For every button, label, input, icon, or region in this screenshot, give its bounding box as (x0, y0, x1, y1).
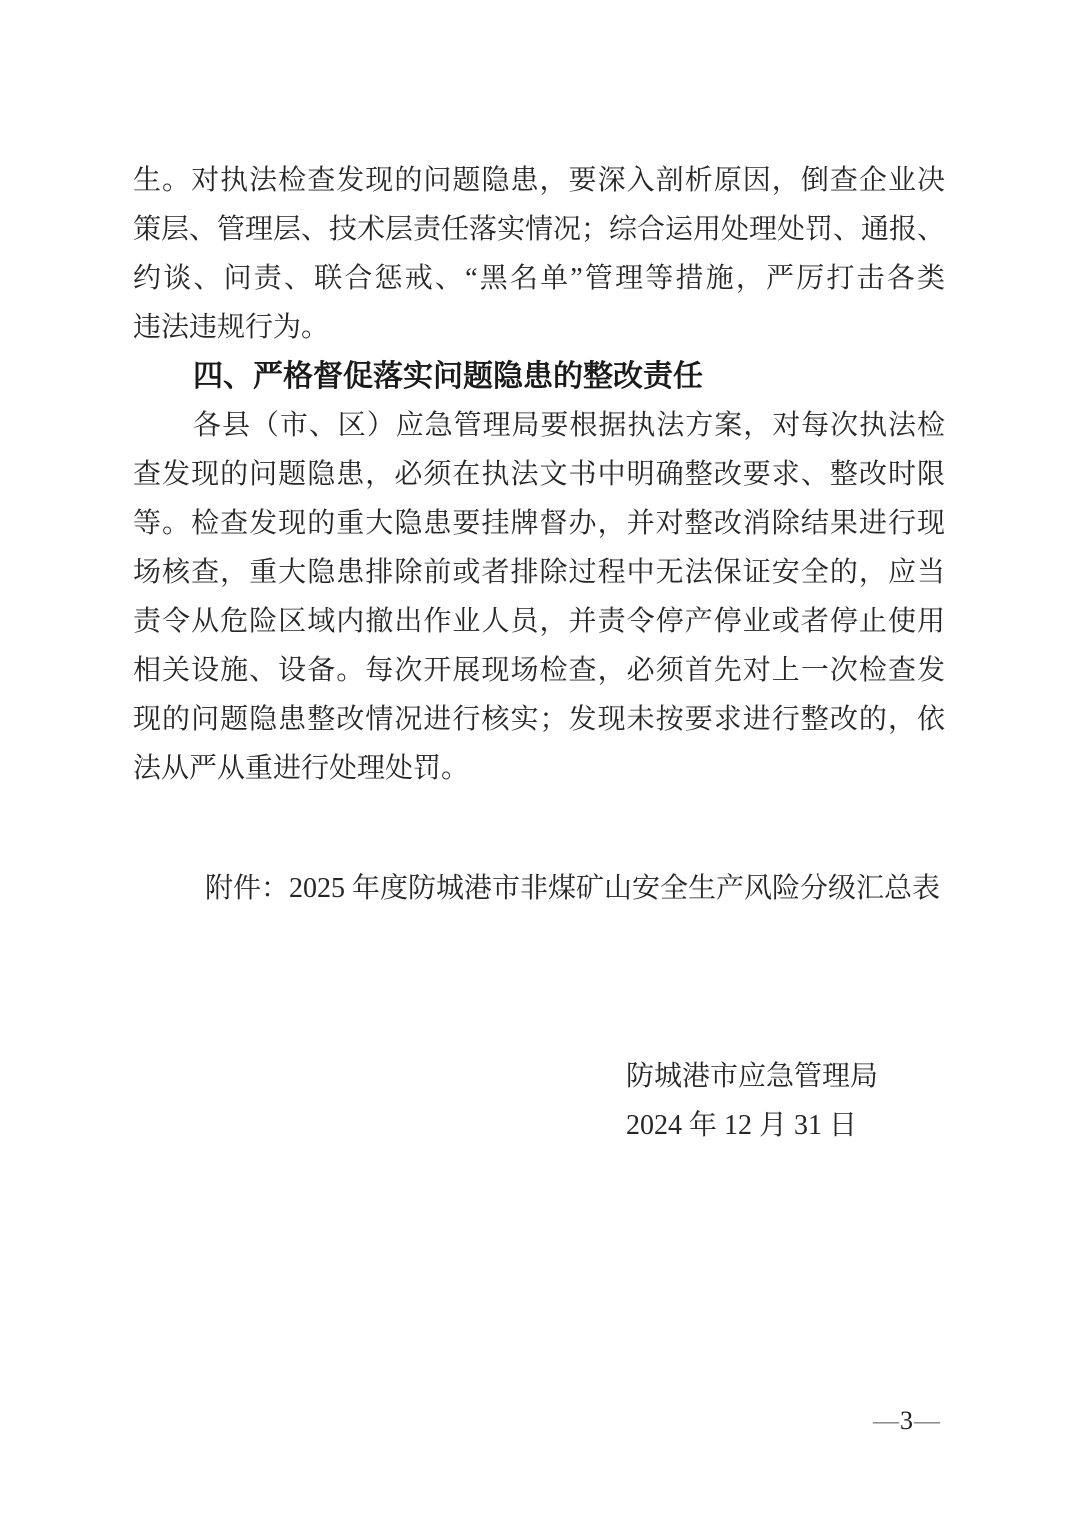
signature-date: 2024 年 12 月 31 日 (626, 1101, 878, 1150)
signature-block: 防城港市应急管理局 2024 年 12 月 31 日 (626, 1052, 878, 1150)
body-line: 场核查，重大隐患排除前或者排除过程中无法保证安全的，应当 (133, 548, 945, 597)
body-line: 策层、管理层、技术层责任落实情况；综合运用处理处罚、通报、 (133, 205, 945, 254)
body-line: 查发现的问题隐患，必须在执法文书中明确整改要求、整改时限 (133, 450, 945, 499)
page-number: —3— (873, 1406, 941, 1436)
body-line: 各县（市、区）应急管理局要根据执法方案，对每次执法检 (133, 401, 945, 450)
document-body: 生。对执法检查发现的问题隐患，要深入剖析原因，倒查企业决 策层、管理层、技术层责… (133, 156, 945, 793)
section-heading: 四、严格督促落实问题隐患的整改责任 (133, 352, 945, 401)
body-line: 责令从危险区域内撤出作业人员，并责令停产停业或者停止使用 (133, 597, 945, 646)
signature-organization: 防城港市应急管理局 (626, 1052, 878, 1101)
document-page: 生。对执法检查发现的问题隐患，要深入剖析原因，倒查企业决 策层、管理层、技术层责… (0, 0, 1074, 1520)
body-line: 法从严从重进行处理处罚。 (133, 744, 945, 793)
body-line: 现的问题隐患整改情况进行核实；发现未按要求进行整改的，依 (133, 695, 945, 744)
body-line: 违法违规行为。 (133, 303, 945, 352)
page-number-right-dash: — (914, 1406, 941, 1435)
attachment-line: 附件：2025 年度防城港市非煤矿山安全生产风险分级汇总表 (133, 864, 993, 913)
body-line: 相关设施、设备。每次开展现场检查，必须首先对上一次检查发 (133, 646, 945, 695)
body-line: 生。对执法检查发现的问题隐患，要深入剖析原因，倒查企业决 (133, 156, 945, 205)
body-line: 等。检查发现的重大隐患要挂牌督办，并对整改消除结果进行现 (133, 499, 945, 548)
page-number-left-dash: — (873, 1406, 900, 1435)
page-number-value: 3 (900, 1406, 914, 1435)
body-line: 约谈、问责、联合惩戒、“黑名单”管理等措施，严厉打击各类 (133, 254, 945, 303)
